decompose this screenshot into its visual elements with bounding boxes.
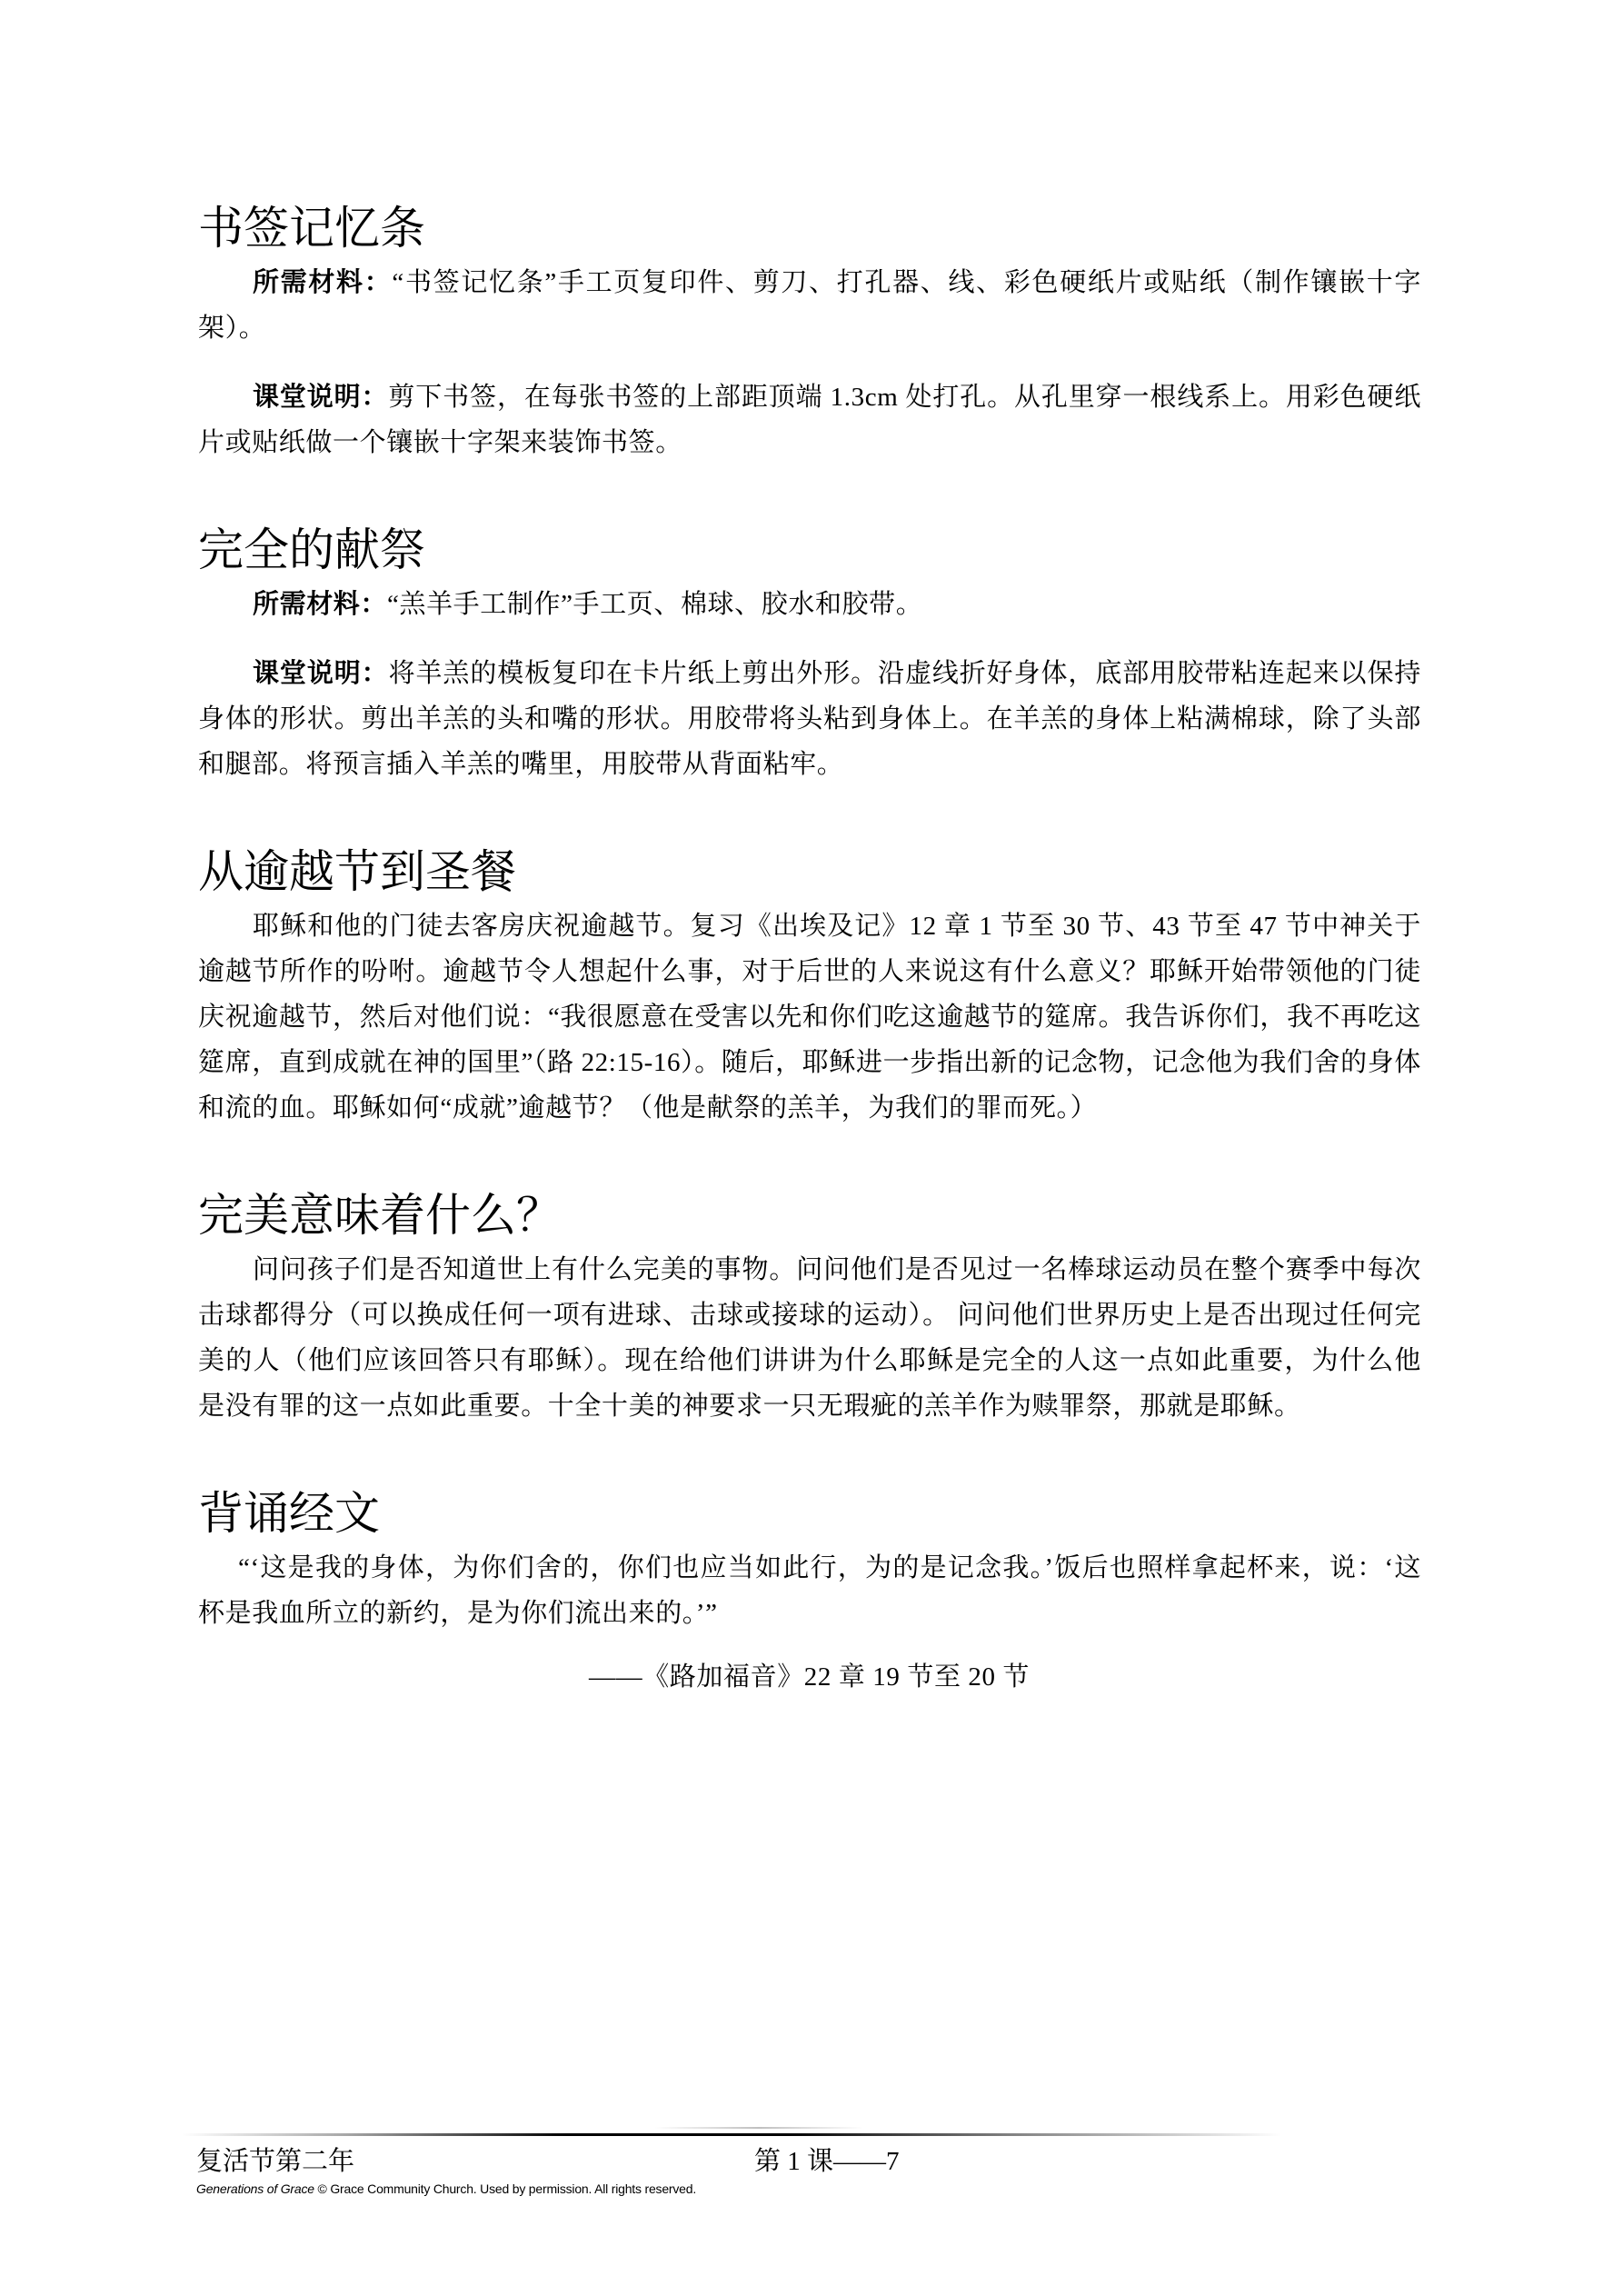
paragraph-text: 问问孩子们是否知道世上有什么完美的事物。问问他们是否见过一名棒球运动员在整个赛季…	[198, 1255, 1421, 1421]
footer-series-label: 复活节第二年	[196, 2145, 354, 2178]
verse-citation: ——《路加福音》22 章 19 节至 20 节	[198, 1654, 1421, 1700]
section-title: 完美意味着什么？	[198, 1185, 1421, 1245]
footer-divider	[182, 2133, 1281, 2136]
page-content: 书签记忆条 所需材料：“书签记忆条”手工页复印件、剪刀、打孔器、线、彩色硬纸片或…	[198, 198, 1421, 1700]
section-what-is-perfect: 完美意味着什么？ 问问孩子们是否知道世上有什么完美的事物。问问他们是否见过一名棒…	[198, 1185, 1421, 1429]
paragraph-label: 所需材料：	[253, 590, 387, 619]
section-bookmark: 书签记忆条 所需材料：“书签记忆条”手工页复印件、剪刀、打孔器、线、彩色硬纸片或…	[198, 198, 1421, 465]
section-perfect-sacrifice: 完全的献祭 所需材料：“羔羊手工制作”手工页、棉球、胶水和胶带。 课堂说明：将羊…	[198, 520, 1421, 787]
paragraph-text: “羔羊手工制作”手工页、棉球、胶水和胶带。	[387, 590, 922, 619]
section-passover-to-communion: 从逾越节到圣餐 耶稣和他的门徒去客房庆祝逾越节。复习《出埃及记》12 章 1 节…	[198, 842, 1421, 1131]
paragraph-label: 所需材料：	[253, 268, 392, 297]
verse-paragraph: “‘这是我的身体，为你们舍的，你们也应当如此行，为的是记念我。’饭后也照样拿起杯…	[198, 1545, 1421, 1636]
paragraph-label: 课堂说明：	[253, 659, 389, 688]
section-title: 书签记忆条	[198, 198, 1421, 258]
footer-divider-faint	[654, 2127, 863, 2129]
copyright-title: Generations of Grace	[196, 2181, 314, 2196]
materials-paragraph: 所需材料：“书签记忆条”手工页复印件、剪刀、打孔器、线、彩色硬纸片或贴纸（制作镶…	[198, 260, 1421, 351]
body-paragraph: 耶稣和他的门徒去客房庆祝逾越节。复习《出埃及记》12 章 1 节至 30 节、4…	[198, 903, 1421, 1131]
copyright-text: © Grace Community Church. Used by permis…	[314, 2181, 696, 2196]
section-memory-verse: 背诵经文 “‘这是我的身体，为你们舍的，你们也应当如此行，为的是记念我。’饭后也…	[198, 1483, 1421, 1700]
instructions-paragraph: 课堂说明：将羊羔的模板复印在卡片纸上剪出外形。沿虚线折好身体，底部用胶带粘连起来…	[198, 651, 1421, 787]
instructions-paragraph: 课堂说明：剪下书签，在每张书签的上部距顶端 1.3cm 处打孔。从孔里穿一根线系…	[198, 374, 1421, 465]
materials-paragraph: 所需材料：“羔羊手工制作”手工页、棉球、胶水和胶带。	[198, 582, 1421, 627]
footer-page-number: 第 1 课——7	[754, 2145, 900, 2178]
section-title: 完全的献祭	[198, 520, 1421, 580]
body-paragraph: 问问孩子们是否知道世上有什么完美的事物。问问他们是否见过一名棒球运动员在整个赛季…	[198, 1247, 1421, 1429]
footer-copyright: Generations of Grace © Grace Community C…	[196, 2180, 696, 2198]
verse-text: “‘这是我的身体，为你们舍的，你们也应当如此行，为的是记念我。’饭后也照样拿起杯…	[198, 1553, 1421, 1628]
paragraph-label: 课堂说明：	[253, 383, 388, 412]
section-title: 背诵经文	[198, 1483, 1421, 1543]
section-title: 从逾越节到圣餐	[198, 842, 1421, 902]
paragraph-text: 耶稣和他的门徒去客房庆祝逾越节。复习《出埃及记》12 章 1 节至 30 节、4…	[198, 912, 1421, 1123]
